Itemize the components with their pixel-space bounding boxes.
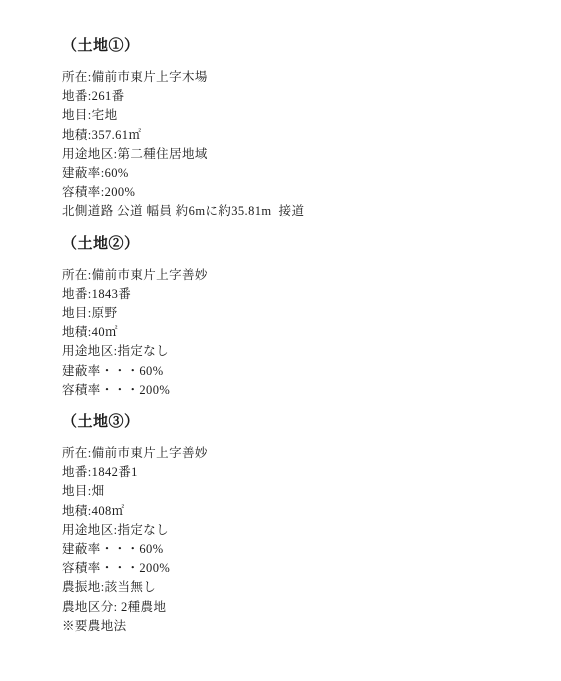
property-line: 建蔽率・・・60% [62, 540, 541, 559]
property-line: 所在:備前市東片上字善妙 [62, 444, 541, 463]
property-line: 用途地区:指定なし [62, 521, 541, 540]
property-line: ※要農地法 [62, 617, 541, 636]
property-line: 容積率:200% [62, 183, 541, 202]
property-line: 建蔽率・・・60% [62, 362, 541, 381]
property-line: 農振地:該当無し [62, 578, 541, 597]
property-line: 北側道路 公道 幅員 約6mに約35.81m 接道 [62, 202, 541, 221]
property-line: 地目:原野 [62, 304, 541, 323]
property-line: 農地区分: 2種農地 [62, 598, 541, 617]
section-title: （土地②） [62, 234, 541, 254]
document-content: （土地①）所在:備前市東片上字木場地番:261番地目:宅地地積:357.61㎡用… [0, 0, 561, 636]
property-line: 地積:408㎡ [62, 502, 541, 521]
property-line: 地番:1843番 [62, 285, 541, 304]
property-line: 地番:1842番1 [62, 463, 541, 482]
land-section: （土地②）所在:備前市東片上字善妙地番:1843番地目:原野地積:40㎡用途地区… [62, 234, 541, 400]
section-title: （土地①） [62, 36, 541, 56]
property-line: 容積率・・・200% [62, 381, 541, 400]
property-line: 地目:宅地 [62, 106, 541, 125]
property-line: 地番:261番 [62, 87, 541, 106]
section-title: （土地③） [62, 412, 541, 432]
land-section: （土地③）所在:備前市東片上字善妙地番:1842番1地目:畑地積:408㎡用途地… [62, 412, 541, 636]
document-page: （土地①）所在:備前市東片上字木場地番:261番地目:宅地地積:357.61㎡用… [0, 0, 561, 681]
land-section: （土地①）所在:備前市東片上字木場地番:261番地目:宅地地積:357.61㎡用… [62, 36, 541, 222]
property-line: 容積率・・・200% [62, 559, 541, 578]
property-line: 地積:357.61㎡ [62, 126, 541, 145]
property-line: 用途地区:指定なし [62, 342, 541, 361]
property-line: 用途地区:第二種住居地域 [62, 145, 541, 164]
property-line: 地目:畑 [62, 482, 541, 501]
property-line: 建蔽率:60% [62, 164, 541, 183]
property-line: 所在:備前市東片上字善妙 [62, 266, 541, 285]
property-line: 地積:40㎡ [62, 323, 541, 342]
property-line: 所在:備前市東片上字木場 [62, 68, 541, 87]
